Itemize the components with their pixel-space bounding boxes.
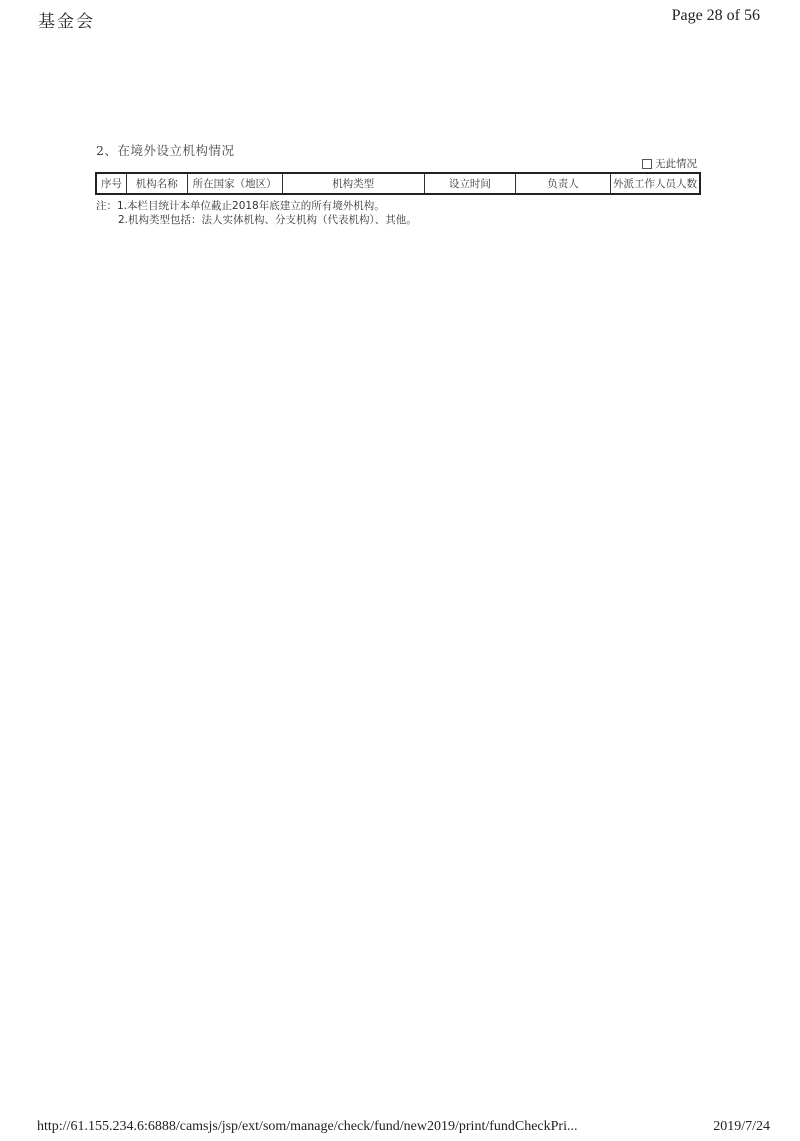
column-header-org-type: 机构类型 <box>282 173 424 194</box>
page-indicator: Page 28 of 56 <box>672 7 760 25</box>
column-header-staff-count: 外派工作人员人数 <box>611 173 701 194</box>
footer-date: 2019/7/24 <box>713 1119 770 1135</box>
header-org-label: 基金会 <box>38 7 95 32</box>
column-header-person-in-charge: 负责人 <box>516 173 611 194</box>
notes: 注：1.本栏目统计本单位截止2018年底建立的所有境外机构。 2.机构类型包括：… <box>96 199 417 227</box>
column-header-country: 所在国家（地区） <box>187 173 282 194</box>
column-header-org-name: 机构名称 <box>126 173 187 194</box>
no-situation-option[interactable]: 无此情况 <box>642 156 697 171</box>
faint-stamp-mark <box>580 660 680 730</box>
checkbox-icon[interactable] <box>642 159 652 169</box>
column-header-established-date: 设立时间 <box>424 173 515 194</box>
note-line-2: 2.机构类型包括：法人实体机构、分支机构（代表机构）、其他。 <box>96 213 417 227</box>
no-situation-label: 无此情况 <box>655 156 697 171</box>
overseas-org-table: 序号 机构名称 所在国家（地区） 机构类型 设立时间 负责人 外派工作人员人数 <box>95 172 701 195</box>
table-header-row: 序号 机构名称 所在国家（地区） 机构类型 设立时间 负责人 外派工作人员人数 <box>96 173 700 194</box>
note-line-1: 注：1.本栏目统计本单位截止2018年底建立的所有境外机构。 <box>96 199 417 213</box>
footer-url: http://61.155.234.6:6888/camsjs/jsp/ext/… <box>37 1119 577 1135</box>
section-title: 2、在境外设立机构情况 <box>96 141 234 159</box>
column-header-index: 序号 <box>96 173 126 194</box>
